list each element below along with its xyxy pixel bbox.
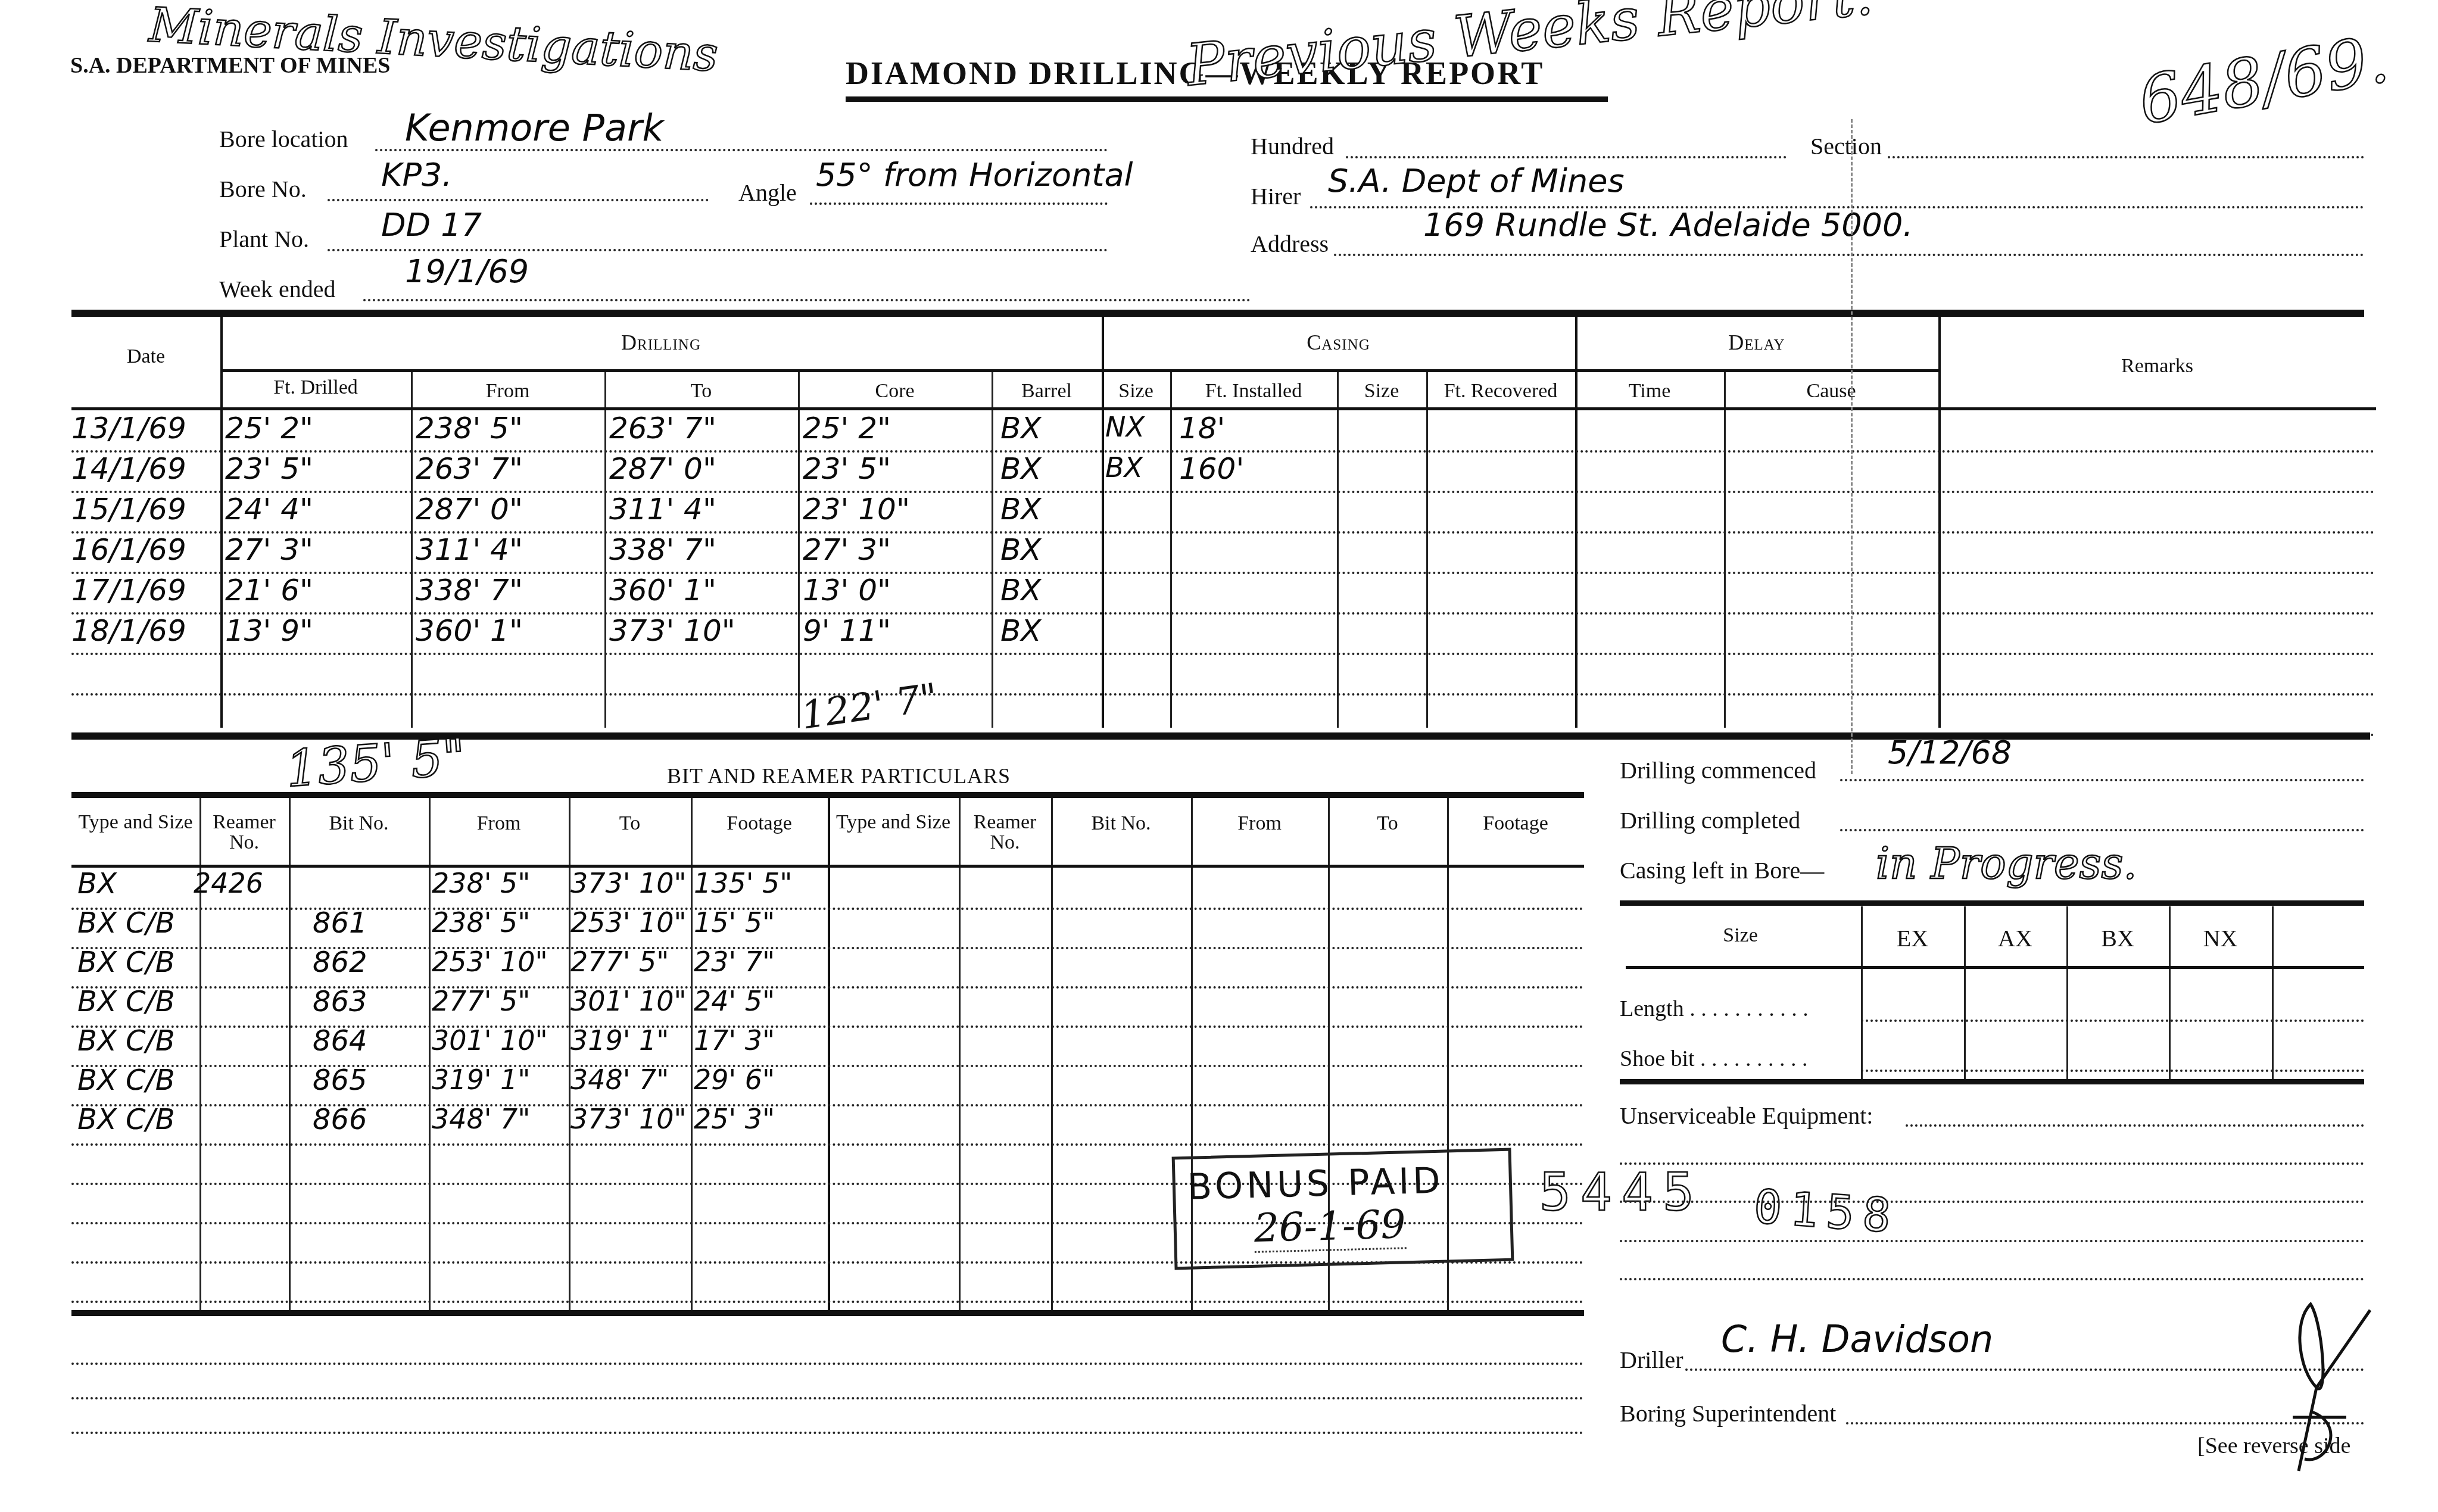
drilling-completed-label: Drilling completed xyxy=(1620,806,1800,834)
col-header-to: To xyxy=(569,812,691,835)
table-row: 14/1/69 23' 5" 263' 7" 287' 0" 23' 5" BX… xyxy=(71,451,2376,493)
casing-left-table: Size EX AX BX NX Length . . . . . . . . … xyxy=(1620,906,2364,1079)
col-header-ft-installed: Ft. Installed xyxy=(1170,380,1337,403)
cell-from: 238' 5" xyxy=(416,411,523,445)
bore-location-label: Bore location xyxy=(219,125,348,153)
cell-footage: 25' 3" xyxy=(694,1103,775,1135)
notes-line[interactable] xyxy=(71,1363,1584,1399)
cell-barrel: BX xyxy=(1000,532,1042,567)
drilling-commenced-field[interactable]: 5/12/68 xyxy=(1840,752,2364,781)
shoe-bit-row[interactable] xyxy=(1861,1046,2364,1072)
cell-ft-drilled: 23' 5" xyxy=(225,451,313,486)
cell-ft-drilled: 27' 3" xyxy=(225,532,313,567)
bore-no-label: Bore No. xyxy=(219,175,307,203)
cell-barrel: BX xyxy=(1000,573,1042,607)
cell-to: 311' 4" xyxy=(609,492,716,526)
cell-bit-no: 864 xyxy=(313,1024,367,1058)
bore-location-field[interactable]: Kenmore Park xyxy=(375,119,1108,151)
cell-type-size: BX C/B xyxy=(77,1103,175,1136)
col-header-footage-2: Footage xyxy=(1447,812,1584,835)
length-row[interactable] xyxy=(1861,996,2364,1022)
cell-date: 18/1/69 xyxy=(71,613,186,648)
stamp-date: 26-1-69 xyxy=(1254,1201,1407,1253)
ft-drilled-total-annotation: 135' 5" xyxy=(284,728,467,799)
length-label: Length . . . . . . . . . . . xyxy=(1620,996,1809,1022)
cell-footage: 15' 5" xyxy=(694,906,775,939)
bore-no-value: KP3. xyxy=(381,156,453,194)
table-row: BX C/B 865 319' 1" 348' 7" 29' 6" xyxy=(71,1066,1584,1106)
cell-from: 287' 0" xyxy=(416,492,523,526)
plant-no-label: Plant No. xyxy=(219,225,309,253)
cell-from: 338' 7" xyxy=(416,573,523,607)
cell-core: 25' 2" xyxy=(803,411,891,445)
col-header-recovered-size: Size xyxy=(1337,380,1426,403)
cell-core: 9' 11" xyxy=(803,613,891,648)
bit-table-bottom-rule xyxy=(71,1310,1584,1316)
cell-casing-size: BX xyxy=(1105,451,1143,484)
plant-no-value: DD 17 xyxy=(381,206,482,244)
top-rule xyxy=(71,310,2364,317)
driller-field[interactable]: C. H. Davidson xyxy=(1685,1341,2364,1371)
cell-bit-no: 862 xyxy=(313,946,367,979)
cell-ft-installed: 18' xyxy=(1179,411,1225,445)
group-header-drilling: Drilling xyxy=(220,330,1102,355)
section-field[interactable] xyxy=(1888,126,2364,158)
cell-to: 373' 10" xyxy=(609,613,735,648)
cell-type-size: BX C/B xyxy=(77,985,175,1018)
table-row: 16/1/69 27' 3" 311' 4" 338' 7" 27' 3" BX xyxy=(71,532,2376,574)
col-header-type-size-2: Type and Size xyxy=(828,812,959,833)
cell-barrel: BX xyxy=(1000,613,1042,648)
unserviceable-line[interactable] xyxy=(1620,1212,2364,1242)
cell-from: 360' 1" xyxy=(416,613,523,648)
cell-ft-drilled: 24' 4" xyxy=(225,492,313,526)
shoe-bit-label: Shoe bit . . . . . . . . . . xyxy=(1620,1046,1808,1072)
table-row: BX C/B 866 348' 7" 373' 10" 25' 3" xyxy=(71,1105,1584,1146)
casing-left-label: Casing left in Bore— xyxy=(1620,856,1824,884)
col-header-cause: Cause xyxy=(1724,380,1938,403)
cell-type-size: BX xyxy=(77,867,117,900)
col-header-type-size: Type and Size xyxy=(71,812,199,833)
cell-bit-no: 866 xyxy=(313,1103,367,1136)
bit-table-top-rule xyxy=(71,792,1584,798)
drilling-commenced-value: 5/12/68 xyxy=(1888,734,2012,771)
angle-label: Angle xyxy=(738,179,797,207)
unserviceable-equipment-field[interactable] xyxy=(1906,1097,2364,1127)
hirer-value: S.A. Dept of Mines xyxy=(1328,162,1625,199)
table-row: BX C/B 861 238' 5" 253' 10" 15' 5" xyxy=(71,909,1584,949)
col-header-to: To xyxy=(604,380,798,403)
bore-no-field[interactable]: KP3. xyxy=(328,169,709,201)
casing-left-value: in Progress. xyxy=(1876,838,2137,889)
bonus-paid-stamp: BONUS PAID 26-1-69 xyxy=(1172,1148,1514,1270)
hirer-field[interactable]: S.A. Dept of Mines xyxy=(1310,176,2364,208)
cell-core: 23' 10" xyxy=(803,492,910,526)
group-header-delay: Delay xyxy=(1575,330,1938,355)
casing-size-bx: BX xyxy=(2066,924,2169,952)
cell-from: 238' 5" xyxy=(432,867,531,899)
cell-core: 23' 5" xyxy=(803,451,891,486)
cell-core: 13' 0" xyxy=(803,573,891,607)
casing-size-nx: NX xyxy=(2169,924,2272,952)
table-row: 13/1/69 25' 2" 238' 5" 263' 7" 25' 2" BX… xyxy=(71,411,2376,453)
col-header-to-2: To xyxy=(1328,812,1447,835)
cell-type-size: BX C/B xyxy=(77,946,175,979)
cell-type-size: BX C/B xyxy=(77,1064,175,1097)
col-header-casing-size: Size xyxy=(1102,380,1170,403)
unserviceable-line[interactable] xyxy=(1620,1173,2364,1203)
driller-signature: C. H. Davidson xyxy=(1721,1317,1993,1361)
drilling-completed-field[interactable] xyxy=(1840,802,2364,831)
week-ended-field[interactable]: 19/1/69 xyxy=(363,269,1251,301)
cell-core: 27' 3" xyxy=(803,532,891,567)
cell-to: 277' 5" xyxy=(570,946,669,978)
table-row: BX C/B 864 301' 10" 319' 1" 17' 3" xyxy=(71,1027,1584,1067)
col-header-footage: Footage xyxy=(691,812,828,835)
col-header-ft-drilled: Ft. Drilled xyxy=(220,376,411,399)
cell-date: 15/1/69 xyxy=(71,492,186,526)
cell-from: 319' 1" xyxy=(432,1064,531,1096)
table-row: 15/1/69 24' 4" 287' 0" 311' 4" 23' 10" B… xyxy=(71,492,2376,534)
casing-table-top-rule xyxy=(1620,900,2364,906)
cell-from: 311' 4" xyxy=(416,532,523,567)
cell-to: 338' 7" xyxy=(609,532,716,567)
cell-to: 287' 0" xyxy=(609,451,716,486)
see-reverse-side-note: [See reverse side xyxy=(2197,1433,2350,1459)
cell-to: 373' 10" xyxy=(570,1103,687,1135)
notes-line[interactable] xyxy=(71,1397,1584,1434)
cell-to: 348' 7" xyxy=(570,1064,669,1096)
unserviceable-line[interactable] xyxy=(1620,1135,2364,1165)
file-number: 648/69. xyxy=(2133,20,2394,139)
cell-barrel: BX xyxy=(1000,411,1042,445)
cell-type-size: BX C/B xyxy=(77,1024,175,1058)
cell-bit-no: 863 xyxy=(313,985,367,1018)
driller-label: Driller xyxy=(1620,1346,1683,1374)
title-underline xyxy=(846,96,1608,102)
casing-size-ax: AX xyxy=(1964,924,2066,952)
table-row xyxy=(71,694,2376,736)
section-label: Section xyxy=(1810,132,1882,160)
casing-table-bottom-rule xyxy=(1620,1079,2364,1084)
hundred-field[interactable] xyxy=(1346,126,1787,158)
address-value: 169 Rundle St. Adelaide 5000. xyxy=(1423,206,1913,244)
casing-size-ex: EX xyxy=(1861,924,1964,952)
angle-field[interactable]: 55° from Horizontal xyxy=(810,173,1108,205)
cell-date: 13/1/69 xyxy=(71,411,186,445)
address-field[interactable]: 169 Rundle St. Adelaide 5000. xyxy=(1334,224,2364,256)
cell-to: 319' 1" xyxy=(570,1024,669,1056)
fold-line xyxy=(1851,119,1853,774)
cell-footage: 17' 3" xyxy=(694,1024,775,1056)
cell-from: 238' 5" xyxy=(432,906,531,939)
week-ended-label: Week ended xyxy=(219,275,336,303)
cell-ft-drilled: 25' 2" xyxy=(225,411,313,445)
cell-to: 373' 10" xyxy=(570,867,687,899)
plant-no-field[interactable]: DD 17 xyxy=(328,219,1108,251)
group-header-casing: Casing xyxy=(1102,330,1575,355)
cell-ft-drilled: 21' 6" xyxy=(225,573,313,607)
table-row: 18/1/69 13' 9" 360' 1" 373' 10" 9' 11" B… xyxy=(71,613,2376,655)
col-header-time: Time xyxy=(1575,380,1724,403)
col-header-from-2: From xyxy=(1191,812,1328,835)
table-row: BX 2426 238' 5" 373' 10" 135' 5" xyxy=(71,869,1584,910)
col-header-ft-recovered: Ft. Recovered xyxy=(1426,380,1575,403)
unserviceable-line[interactable] xyxy=(1620,1251,2364,1280)
table-row xyxy=(71,1262,1584,1303)
cell-barrel: BX xyxy=(1000,492,1042,526)
table-row: BX C/B 863 277' 5" 301' 10" 24' 5" xyxy=(71,987,1584,1028)
col-header-from: From xyxy=(411,380,604,403)
cell-footage: 135' 5" xyxy=(694,867,793,899)
notes-line[interactable] xyxy=(71,1328,1584,1365)
hirer-label: Hirer xyxy=(1251,182,1301,210)
cell-reamer-no: 2426 xyxy=(194,867,263,899)
cell-date: 14/1/69 xyxy=(71,451,186,486)
hundred-label: Hundred xyxy=(1251,132,1334,160)
cell-to: 301' 10" xyxy=(570,985,687,1017)
cell-from: 348' 7" xyxy=(432,1103,531,1135)
cell-to: 263' 7" xyxy=(609,411,716,445)
cell-date: 17/1/69 xyxy=(71,573,186,607)
cell-from: 253' 10" xyxy=(432,946,548,978)
bit-reamer-title: BIT AND REAMER PARTICULARS xyxy=(667,763,1011,788)
unserviceable-equipment-label: Unserviceable Equipment: xyxy=(1620,1102,1873,1130)
col-header-core: Core xyxy=(798,380,992,403)
cell-ft-installed: 160' xyxy=(1179,451,1244,486)
col-header-barrel: Barrel xyxy=(992,380,1102,403)
cell-casing-size: NX xyxy=(1105,411,1145,443)
table-row xyxy=(71,654,2376,696)
col-header-bit-no-2: Bit No. xyxy=(1051,812,1191,835)
cell-bit-no: 861 xyxy=(313,906,367,940)
col-header-reamer-no: Reamer No. xyxy=(199,812,289,853)
col-header-from: From xyxy=(429,812,569,835)
cell-type-size: BX C/B xyxy=(77,906,175,940)
col-header-reamer-no-2: Reamer No. xyxy=(959,812,1051,853)
angle-value: 55° from Horizontal xyxy=(816,156,1133,194)
cell-to: 253' 10" xyxy=(570,906,687,939)
cell-date: 16/1/69 xyxy=(71,532,186,567)
cell-footage: 29' 6" xyxy=(694,1064,775,1096)
cell-footage: 24' 5" xyxy=(694,985,775,1017)
table-row: BX C/B 862 253' 10" 277' 5" 23' 7" xyxy=(71,948,1584,989)
cell-from: 263' 7" xyxy=(416,451,523,486)
week-ended-value: 19/1/69 xyxy=(405,252,529,290)
cell-footage: 23' 7" xyxy=(694,946,775,978)
col-header-bit-no: Bit No. xyxy=(289,812,429,835)
casing-size-label: Size xyxy=(1620,924,1861,947)
table-row: 17/1/69 21' 6" 338' 7" 360' 1" 13' 0" BX xyxy=(71,573,2376,615)
cell-from: 301' 10" xyxy=(432,1024,548,1056)
drilling-commenced-label: Drilling commenced xyxy=(1620,756,1816,784)
boring-superintendent-label: Boring Superintendent xyxy=(1620,1399,1836,1427)
cell-from: 277' 5" xyxy=(432,985,531,1017)
bore-location-value: Kenmore Park xyxy=(405,106,663,149)
col-header-remarks: Remarks xyxy=(1938,355,2376,378)
cell-ft-drilled: 13' 9" xyxy=(225,613,313,648)
cell-barrel: BX xyxy=(1000,451,1042,486)
col-header-date: Date xyxy=(71,345,220,368)
cell-to: 360' 1" xyxy=(609,573,716,607)
address-label: Address xyxy=(1251,230,1329,258)
stamp-text: BONUS PAID xyxy=(1187,1160,1444,1208)
cell-bit-no: 865 xyxy=(313,1064,367,1097)
